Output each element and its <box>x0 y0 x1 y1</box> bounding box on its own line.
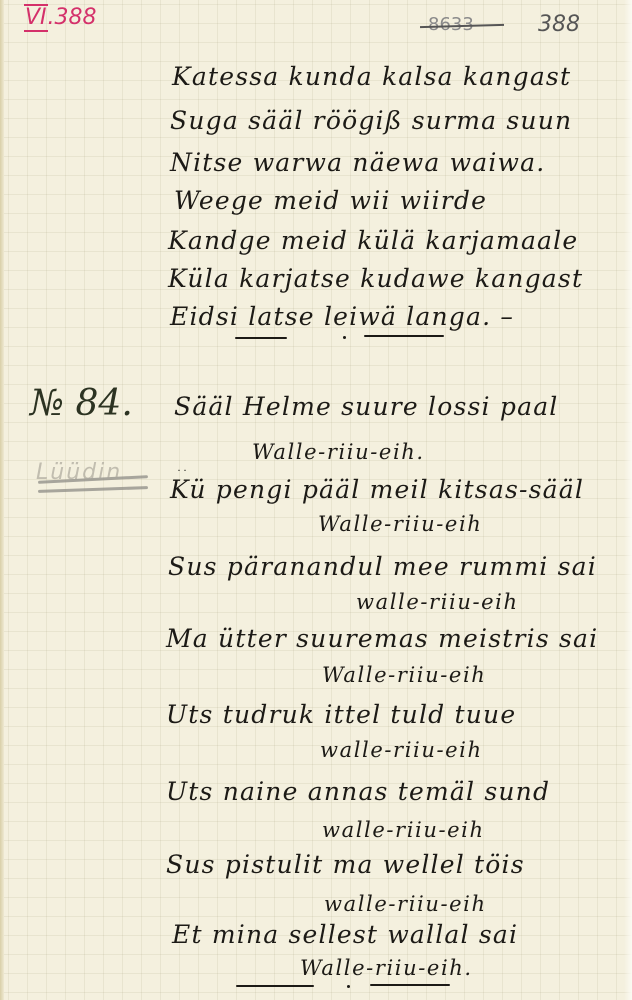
struck-page-number: 8633 <box>428 14 474 35</box>
section-divider-right <box>364 335 444 337</box>
section-divider-left <box>235 337 287 339</box>
strike-line <box>38 486 148 493</box>
song-number: № 84. <box>30 383 133 424</box>
poem-line: Suga sääl röögiß surma suun <box>170 106 572 135</box>
archive-page: 388 <box>55 5 97 30</box>
stanza-refrain: Walle-riiu-eih <box>318 512 482 536</box>
archive-volume: VI <box>24 4 48 32</box>
struck-pencil-note: Lüüdin <box>36 460 148 496</box>
poem-line: Küla karjatse kudawe kangast <box>168 264 583 293</box>
stanza-verse: Sus päranandul mee rummi sai <box>168 552 597 581</box>
poem-line: Nitse warwa näewa waiwa. <box>170 148 545 177</box>
stanza-refrain: walle-riiu-eih <box>320 738 483 762</box>
stanza-refrain: Walle-riiu-eih <box>322 663 486 687</box>
archive-separator: . <box>48 5 55 30</box>
stanza-verse: Sääl Helme suure lossi paal <box>174 392 559 421</box>
stanza-verse: Uts tudruk ittel tuld tuue <box>166 700 516 729</box>
poem-line: Katessa kunda kalsa kangast <box>172 62 571 91</box>
poem-line: Kandge meid külä karjamaale <box>168 226 578 255</box>
archive-id-stamp: VI.388 <box>24 4 97 32</box>
end-divider-dot <box>347 985 350 988</box>
stanza-refrain: Walle-riiu-eih. <box>300 956 473 980</box>
stanza-refrain: walle-riiu-eih <box>324 892 487 916</box>
manuscript-page: VI.388 8633 388 Katessa kunda kalsa kang… <box>0 0 632 1000</box>
end-divider-left <box>236 985 314 987</box>
stanza-verse: Sus pistulit ma wellel töis <box>166 850 525 879</box>
poem-line: Weege meid wii wiirde <box>174 186 487 215</box>
poem-line: Eidsi latse leiwä langa. – <box>170 302 514 331</box>
stanza-refrain: walle-riiu-eih <box>322 818 485 842</box>
stanza-verse: Kü pengi pääl meil kitsas-sääl <box>170 475 584 504</box>
stanza-verse: Et mina sellest wallal sai <box>172 920 518 949</box>
stanza-refrain: Walle-riiu-eih. <box>252 440 425 464</box>
stanza-verse: Uts naine annas temäl sund <box>166 777 550 806</box>
section-divider-dot <box>343 336 346 339</box>
old-page-number: 8633 <box>428 14 474 35</box>
stanza-refrain: walle-riiu-eih <box>356 590 519 614</box>
end-divider-right <box>370 984 450 986</box>
new-page-number: 388 <box>538 12 580 37</box>
stanza-verse: Ma ütter suuremas meistris sai <box>166 624 598 653</box>
